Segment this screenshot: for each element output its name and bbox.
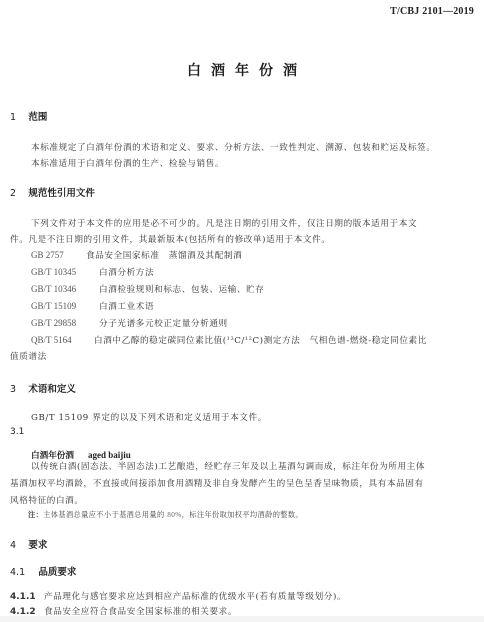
- terms-intro: GB/T 15109 界定的以及下列术语和定义适用于本文件。: [31, 411, 267, 423]
- term-name-english: aged baijiu: [88, 450, 131, 460]
- section-number: 4: [10, 540, 25, 551]
- reference-code: GB/T 15109: [31, 301, 99, 311]
- section-number: 2: [10, 188, 25, 199]
- section-title: 术语和定义: [28, 384, 76, 395]
- reference-title: 白酒分析方法: [99, 268, 154, 278]
- clause-text: 产品理化与感官要求应达到相应产品标准的优级水平(若有质量等级划分)。: [44, 592, 346, 602]
- section-heading-normative-references: 2 规范性引用文件: [10, 185, 95, 199]
- note-text: 主体基酒总量应不小于基酒总用量的: [43, 510, 167, 519]
- term-note: 注：主体基酒总量应不小于基酒总用量的 80%，标注年份取加权平均酒龄的整数。: [28, 510, 303, 520]
- scope-paragraph-2: 本标准适用于白酒年份酒的生产、检验与销售。: [31, 157, 224, 169]
- section-number: 1: [10, 112, 25, 123]
- reference-item: GB/T 10346白酒检验规则和标志、包装、运输、贮存: [31, 283, 265, 295]
- reference-title: 食品安全国家标准 蒸馏酒及其配制酒: [86, 251, 242, 261]
- note-percentage: 80%: [167, 511, 181, 519]
- reference-title: 白酒检验规则和标志、包装、运输、贮存: [99, 285, 265, 295]
- terms-intro-text: GB/T 15109 界定的以及下列术语和定义适用于本文件。: [31, 413, 267, 423]
- reference-title-part: 白酒中乙醇的稳定碳同位素比值(: [94, 336, 227, 346]
- section-title: 要求: [28, 540, 47, 551]
- references-intro-line-1: 下列文件对于本文件的应用是必不可少的。凡是注日期的引用文件，仅注日期的版本适用于…: [31, 217, 417, 229]
- reference-item: QB/T 5164白酒中乙醇的稳定碳同位素比值(13C/12C)测定方法 气相色…: [31, 334, 427, 346]
- subsection-heading-quality: 4.1 品质要求: [10, 564, 76, 578]
- subsection-title: 品质要求: [38, 567, 76, 578]
- term-definition-line-1: 以传统白酒(固态法、半固态法)工艺酿造，经贮存三年及以上基酒勾调而成，标注年份为…: [31, 460, 425, 472]
- section-heading-terms-definitions: 3 术语和定义: [10, 381, 76, 395]
- reference-code: QB/T 5164: [31, 335, 94, 345]
- page-bottom-edge: [0, 616, 484, 622]
- subsection-number: 4.1: [10, 567, 35, 578]
- reference-item: GB/T 10345白酒分析方法: [31, 266, 154, 278]
- term-definition-line-3: 风格特征的白酒。: [10, 494, 84, 506]
- reference-code: GB/T 29858: [31, 318, 99, 328]
- reference-title-part: C/: [234, 336, 245, 346]
- reference-title: 白酒工业术语: [99, 302, 154, 312]
- reference-item: GB/T 15109白酒工业术语: [31, 300, 154, 312]
- reference-title: 分子光谱多元校正定量分析通则: [99, 319, 228, 329]
- reference-code: GB/T 10345: [31, 267, 99, 277]
- section-number: 3: [10, 384, 25, 395]
- standard-code: T/CBJ 2101—2019: [390, 6, 474, 17]
- reference-item: GB 2757食品安全国家标准 蒸馏酒及其配制酒: [31, 249, 242, 261]
- term-number: 3.1: [10, 427, 24, 437]
- note-label: 注：: [28, 510, 43, 519]
- term-definition-line-2: 基酒加权平均酒龄，不直接或间接添加食用酒精及非自身发酵产生的呈色呈香呈味物质，具…: [10, 477, 424, 489]
- section-title: 范围: [28, 112, 47, 123]
- clause-number: 4.1.1: [10, 592, 44, 602]
- references-intro-line-2: 件。凡是不注日期的引用文件，其最新版本(包括所有的修改单)适用于本文件。: [10, 233, 331, 245]
- document-page: T/CBJ 2101—2019 白酒年份酒 1 范围 本标准规定了白酒年份酒的术…: [0, 0, 484, 622]
- note-text: ，标注年份取加权平均酒龄的整数。: [182, 510, 303, 519]
- clause-item: 4.1.1产品理化与感官要求应达到相应产品标准的优级水平(若有质量等级划分)。: [10, 590, 346, 602]
- section-title: 规范性引用文件: [28, 188, 95, 199]
- reference-code: GB 2757: [31, 250, 86, 260]
- document-title: 白酒年份酒: [0, 60, 484, 80]
- reference-title-continuation: 值质谱法: [10, 350, 47, 362]
- reference-item: GB/T 29858分子光谱多元校正定量分析通则: [31, 317, 228, 329]
- scope-paragraph-1: 本标准规定了白酒年份酒的术语和定义、要求、分析方法、一致性判定、溯源、包装和贮运…: [31, 141, 436, 153]
- reference-title-part: C)测定方法 气相色谱-燃烧-稳定同位素比: [252, 336, 426, 346]
- reference-code: GB/T 10346: [31, 284, 99, 294]
- section-heading-scope: 1 范围: [10, 109, 47, 123]
- section-heading-requirements: 4 要求: [10, 537, 47, 551]
